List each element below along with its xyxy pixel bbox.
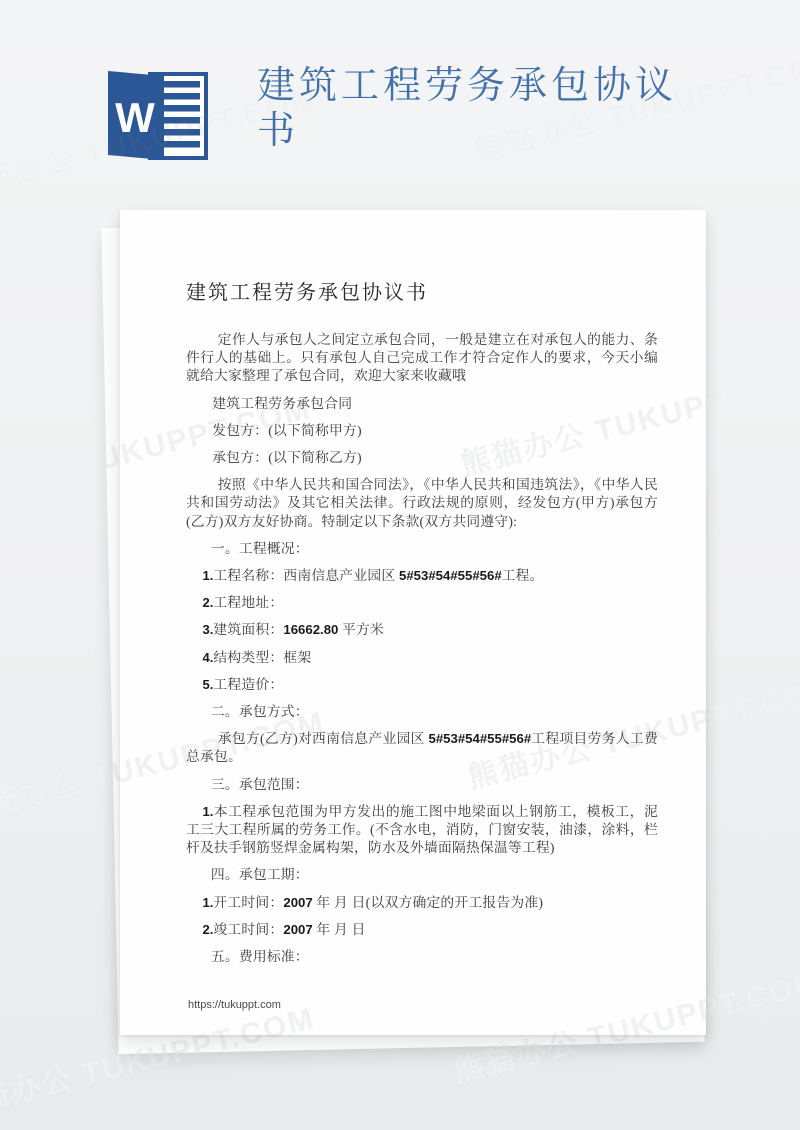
numeric-text: 2007 xyxy=(283,895,312,910)
text-segment: 五。费用标准： xyxy=(211,949,309,964)
text-segment: 承包方：(以下简称乙方) xyxy=(212,450,362,465)
doc-paragraph: 5.工程造价： xyxy=(186,676,658,694)
word-document-icon: W xyxy=(100,64,212,168)
doc-paragraph: 二。承包方式： xyxy=(186,703,658,721)
numeric-text: 5#53#54#55#56# xyxy=(429,731,532,746)
text-segment: 本工程承包范围为甲方发出的施工图中地梁面以上钢筋工，模板工，泥工三大工程所属的劳… xyxy=(186,804,658,855)
numeric-text: 1. xyxy=(203,804,214,819)
numeric-text: 2. xyxy=(203,595,214,610)
text-segment: 工程地址： xyxy=(213,595,283,610)
doc-paragraph: 发包方：(以下简称甲方) xyxy=(186,422,658,440)
text-segment: 定作人与承包人之间定立承包合同，一般是建立在对承包人的能力、条件行人的基础上。只… xyxy=(186,332,658,383)
numeric-text: 1. xyxy=(203,568,214,583)
word-letter: W xyxy=(115,94,155,141)
text-segment: 建筑面积： xyxy=(213,622,283,637)
page-title: 建筑工程劳务承包协议书 xyxy=(257,64,699,154)
doc-body: 定作人与承包人之间定立承包合同，一般是建立在对承包人的能力、条件行人的基础上。只… xyxy=(186,331,658,966)
doc-paragraph: 按照《中华人民共和国合同法》，《中华人民共和国违筑法》，《中华人民共和国劳动法》… xyxy=(186,476,658,531)
text-segment: 三。承包范围： xyxy=(211,777,309,792)
numeric-text: 16662.80 xyxy=(283,622,338,637)
doc-footer-url: https://tukuppt.com xyxy=(188,999,281,1011)
text-segment: 一。工程概况： xyxy=(211,541,309,556)
text-segment: 二。承包方式： xyxy=(211,704,309,719)
doc-paragraph: 建筑工程劳务承包合同 xyxy=(186,395,658,413)
numeric-text: 2. xyxy=(203,922,214,937)
doc-paragraph: 4.结构类型：框架 xyxy=(186,649,658,667)
doc-paragraph: 1.开工时间：2007 年 月 日(以双方确定的开工报告为准) xyxy=(186,894,658,912)
doc-paragraph: 承包方：(以下简称乙方) xyxy=(186,449,658,467)
doc-paragraph: 2.竣工时间：2007 年 月 日 xyxy=(186,921,658,939)
doc-paragraph: 1.工程名称：西南信息产业园区 5#53#54#55#56#工程。 xyxy=(186,567,658,585)
doc-paragraph: 3.建筑面积：16662.80 平方米 xyxy=(186,621,658,639)
doc-paragraph: 定作人与承包人之间定立承包合同，一般是建立在对承包人的能力、条件行人的基础上。只… xyxy=(186,331,658,386)
numeric-text: 4. xyxy=(203,650,214,665)
text-segment: 平方米 xyxy=(338,622,384,637)
text-segment: 工程造价： xyxy=(213,677,283,692)
doc-paragraph: 一。工程概况： xyxy=(186,540,658,558)
text-segment: 四。承包工期： xyxy=(211,867,309,882)
doc-paragraph: 承包方(乙方)对西南信息产业园区 5#53#54#55#56#工程项目劳务人工费… xyxy=(186,730,658,766)
text-segment: 按照《中华人民共和国合同法》，《中华人民共和国违筑法》，《中华人民共和国劳动法》… xyxy=(186,477,658,528)
numeric-text: 1. xyxy=(203,895,214,910)
doc-paragraph: 五。费用标准： xyxy=(186,948,658,966)
document-page: 建筑工程劳务承包协议书 定作人与承包人之间定立承包合同，一般是建立在对承包人的能… xyxy=(120,210,706,1035)
text-segment: 竣工时间： xyxy=(213,922,283,937)
text-segment: 发包方：(以下简称甲方) xyxy=(212,423,362,438)
text-segment: 结构类型：框架 xyxy=(213,650,311,665)
doc-paragraph: 三。承包范围： xyxy=(186,776,658,794)
text-segment: 年 月 日(以双方确定的开工报告为准) xyxy=(313,895,544,910)
doc-title: 建筑工程劳务承包协议书 xyxy=(186,276,658,305)
numeric-text: 2007 xyxy=(283,922,312,937)
text-segment: 开工时间： xyxy=(213,895,283,910)
text-segment: 工程名称：西南信息产业园区 xyxy=(213,568,399,583)
word-icon-graphic: W xyxy=(100,64,212,168)
text-segment: 承包方(乙方)对西南信息产业园区 xyxy=(218,731,429,746)
text-segment: 年 月 日 xyxy=(313,922,366,937)
doc-paragraph: 1.本工程承包范围为甲方发出的施工图中地梁面以上钢筋工，模板工，泥工三大工程所属… xyxy=(186,803,658,858)
numeric-text: 5#53#54#55#56# xyxy=(399,568,502,583)
doc-paragraph: 四。承包工期： xyxy=(186,866,658,884)
numeric-text: 5. xyxy=(203,677,214,692)
text-segment: 建筑工程劳务承包合同 xyxy=(212,396,352,411)
text-segment: 工程。 xyxy=(502,568,544,583)
numeric-text: 3. xyxy=(203,622,214,637)
doc-paragraph: 2.工程地址： xyxy=(186,594,658,612)
